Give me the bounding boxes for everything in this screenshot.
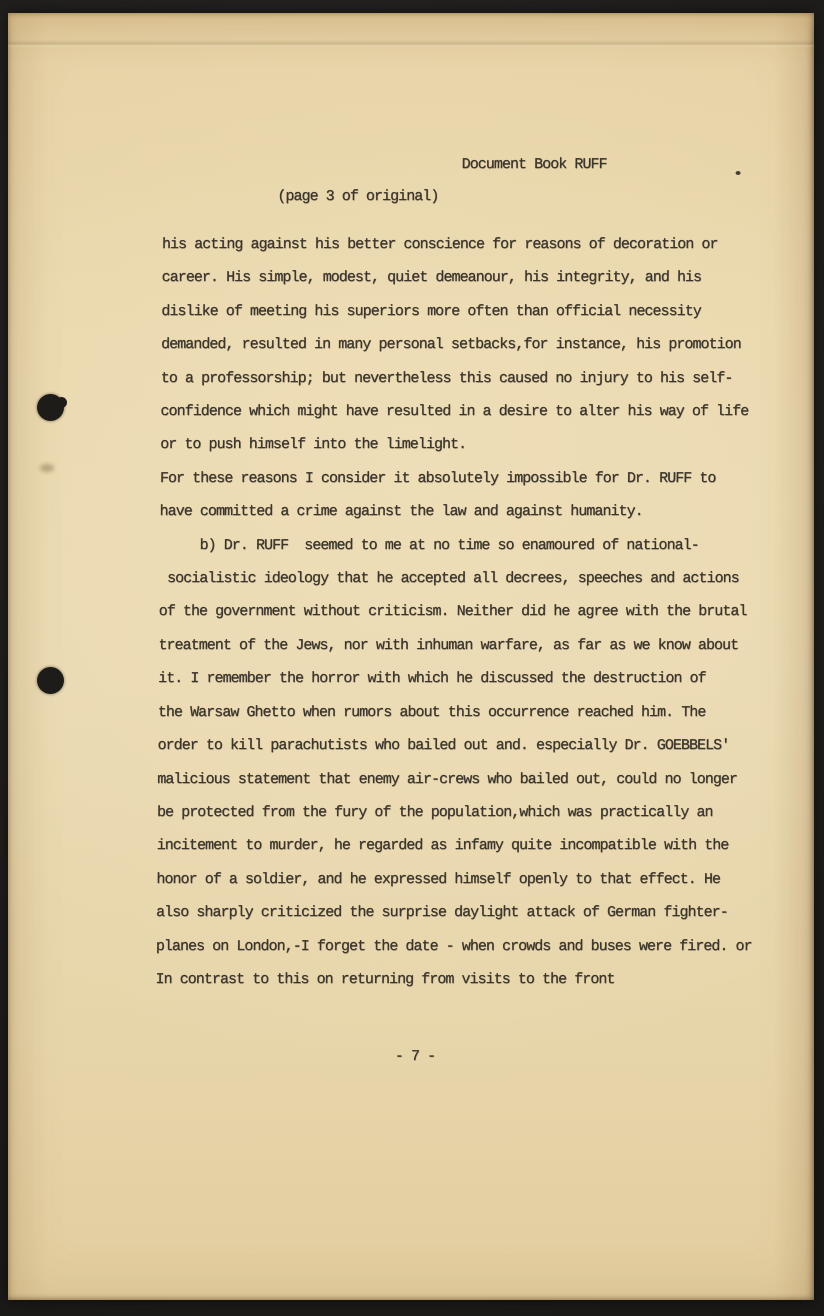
ink-speck: [736, 171, 741, 175]
typed-content: Document Book RUFF (page 3 of original) …: [0, 13, 814, 1300]
scan-background: Document Book RUFF (page 3 of original) …: [0, 0, 824, 1316]
body-text: his acting against his better conscience…: [155, 228, 758, 996]
page-reference: (page 3 of original): [277, 187, 438, 207]
document-page: Document Book RUFF (page 3 of original) …: [8, 13, 814, 1300]
page-number: - 7 -: [395, 1047, 435, 1067]
document-book-title: Document Book RUFF: [462, 155, 607, 175]
